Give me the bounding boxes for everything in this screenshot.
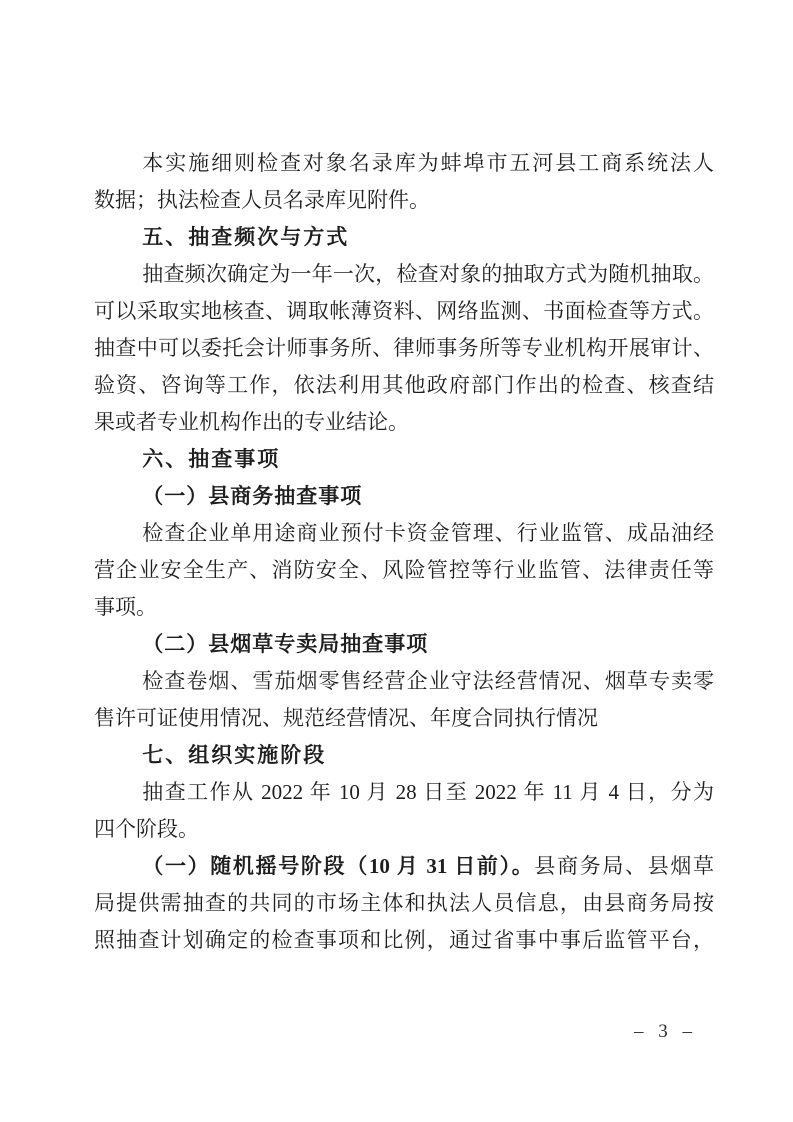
text-segment: 照抽查计划确定的检查事项和比例，通过省事中事后监管平台， — [94, 928, 714, 952]
text-line: 照抽查计划确定的检查事项和比例，通过省事中事后监管平台， — [94, 922, 714, 959]
text-line: 检查企业单用途商业预付卡资金管理、行业监管、成品油经 — [94, 515, 714, 552]
paragraph-directory-source: 本实施细则检查对象名录库为蚌埠市五河县工商系统法人数据；执法检查人员名录库见附件… — [94, 145, 714, 219]
document-page: 本实施细则检查对象名录库为蚌埠市五河县工商系统法人数据；执法检查人员名录库见附件… — [0, 0, 793, 1122]
text-line: 抽查频次确定为一年一次，检查对象的抽取方式为随机抽取。 — [94, 256, 714, 293]
text-segment: 果或者专业机构作出的专业结论。 — [94, 410, 409, 434]
text-line: （一）随机摇号阶段（10 月 31 日前）。县商务局、县烟草 — [94, 848, 714, 885]
heading-section-5-frequency: 五、抽查频次与方式 — [94, 219, 714, 256]
text-segment: 抽查工作从 2022 年 10 月 28 日至 2022 年 11 月 4 日，… — [142, 780, 714, 804]
document-body: 本实施细则检查对象名录库为蚌埠市五河县工商系统法人数据；执法检查人员名录库见附件… — [94, 145, 714, 959]
text-line: 数据；执法检查人员名录库见附件。 — [94, 182, 714, 219]
paragraph-schedule: 抽查工作从 2022 年 10 月 28 日至 2022 年 11 月 4 日，… — [94, 774, 714, 848]
text-segment: 检查卷烟、雪茄烟零售经营企业守法经营情况、烟草专卖零 — [142, 669, 714, 693]
text-segment: 数据；执法检查人员名录库见附件。 — [94, 188, 430, 212]
text-line: 局提供需抽查的共同的市场主体和执法人员信息，由县商务局按 — [94, 885, 714, 922]
heading-section-6-items: 六、抽查事项 — [94, 441, 714, 478]
text-line: 事项。 — [94, 589, 714, 626]
text-line: 本实施细则检查对象名录库为蚌埠市五河县工商系统法人 — [94, 145, 714, 182]
text-line: 可以采取实地核查、调取帐薄资料、网络监测、书面检查等方式。 — [94, 293, 714, 330]
text-segment: 县商务局、县烟草 — [534, 854, 714, 878]
text-line: 验资、咨询等工作，依法利用其他政府部门作出的检查、核查结 — [94, 367, 714, 404]
text-line: 果或者专业机构作出的专业结论。 — [94, 404, 714, 441]
text-segment: 售许可证使用情况、规范经营情况、年度合同执行情况 — [94, 706, 598, 730]
text-segment: 检查企业单用途商业预付卡资金管理、行业监管、成品油经 — [142, 521, 714, 545]
text-segment: 营企业安全生产、消防安全、风险管控等行业监管、法律责任等 — [94, 558, 714, 582]
text-segment: 抽查频次确定为一年一次，检查对象的抽取方式为随机抽取。 — [142, 262, 714, 286]
heading-section-7-implementation: 七、组织实施阶段 — [94, 737, 714, 774]
text-segment: 抽查中可以委托会计师事务所、律师事务所等专业机构开展审计、 — [94, 336, 714, 360]
text-line: 检查卷烟、雪茄烟零售经营企业守法经营情况、烟草专卖零 — [94, 663, 714, 700]
text-line: 售许可证使用情况、规范经营情况、年度合同执行情况 — [94, 700, 714, 737]
text-line: 抽查中可以委托会计师事务所、律师事务所等专业机构开展审计、 — [94, 330, 714, 367]
text-line: 四个阶段。 — [94, 811, 714, 848]
paragraph-tobacco-items: 检查卷烟、雪茄烟零售经营企业守法经营情况、烟草专卖零售许可证使用情况、规范经营情… — [94, 663, 714, 737]
text-line: 抽查工作从 2022 年 10 月 28 日至 2022 年 11 月 4 日，… — [94, 774, 714, 811]
paragraph-stage-1-lottery: （一）随机摇号阶段（10 月 31 日前）。县商务局、县烟草局提供需抽查的共同的… — [94, 848, 714, 959]
heading-item-1-commerce: （一）县商务抽查事项 — [94, 478, 714, 515]
text-segment: 验资、咨询等工作，依法利用其他政府部门作出的检查、核查结 — [94, 373, 714, 397]
heading-item-2-tobacco: （二）县烟草专卖局抽查事项 — [94, 626, 714, 663]
text-segment: 局提供需抽查的共同的市场主体和执法人员信息，由县商务局按 — [94, 891, 714, 915]
page-number: – 3 – — [634, 1021, 697, 1043]
paragraph-frequency-method: 抽查频次确定为一年一次，检查对象的抽取方式为随机抽取。可以采取实地核查、调取帐薄… — [94, 256, 714, 441]
text-segment: 可以采取实地核查、调取帐薄资料、网络监测、书面检查等方式。 — [94, 299, 714, 323]
text-segment: 四个阶段。 — [94, 817, 199, 841]
text-segment-bold: （一）随机摇号阶段（10 月 31 日前）。 — [142, 854, 534, 878]
text-segment: 本实施细则检查对象名录库为蚌埠市五河县工商系统法人 — [142, 151, 714, 175]
paragraph-commerce-items: 检查企业单用途商业预付卡资金管理、行业监管、成品油经营企业安全生产、消防安全、风… — [94, 515, 714, 626]
text-segment: 事项。 — [94, 595, 157, 619]
text-line: 营企业安全生产、消防安全、风险管控等行业监管、法律责任等 — [94, 552, 714, 589]
